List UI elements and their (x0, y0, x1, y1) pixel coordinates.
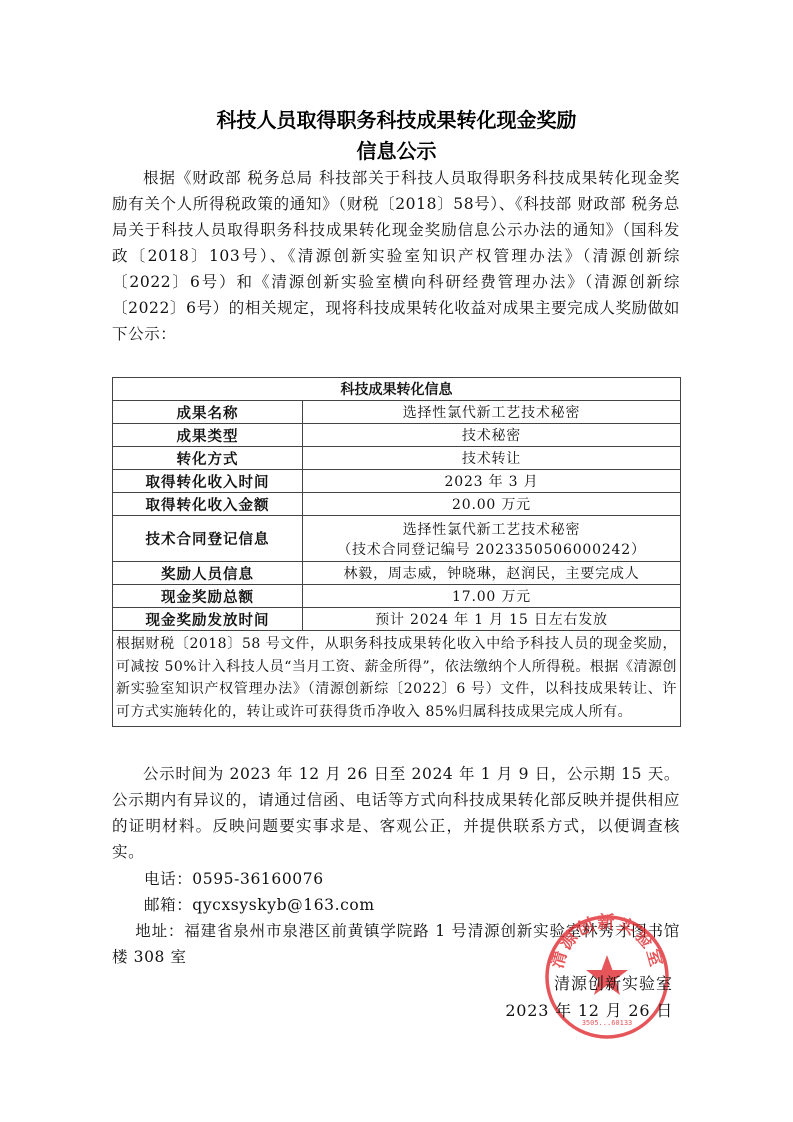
row-label: 奖励人员信息 (113, 562, 303, 585)
table-note: 根据财税〔2018〕58 号文件，从职务科技成果转化收入中给予科技人员的现金奖励… (113, 631, 681, 727)
signature-organization: 清源创新实验室 (554, 971, 673, 997)
row-value: 预计 2024 年 1 月 15 日左右发放 (303, 608, 681, 631)
table-header: 科技成果转化信息 (113, 378, 681, 401)
row-value: 技术秘密 (303, 424, 681, 447)
signature-date: 2023 年 12 月 26 日 (505, 998, 673, 1024)
row-label: 取得转化收入时间 (113, 470, 303, 493)
row-label: 技术合同登记信息 (113, 516, 303, 562)
row-label: 取得转化收入金额 (113, 493, 303, 516)
row-label: 成果类型 (113, 424, 303, 447)
contact-email: 邮箱：qycxsyskyb@163.com (144, 892, 375, 918)
contact-address: 地址：福建省泉州市泉港区前黄镇学院路 1 号清源创新实验室林秀才图书馆楼 308… (112, 918, 680, 970)
table-row: 现金奖励发放时间 预计 2024 年 1 月 15 日左右发放 (113, 608, 681, 631)
table-row: 现金奖励总额 17.00 万元 (113, 585, 681, 608)
row-label: 转化方式 (113, 447, 303, 470)
table-row: 技术合同登记信息 选择性氯代新工艺技术秘密 （技术合同登记编号 20233505… (113, 516, 681, 562)
row-value: 技术转让 (303, 447, 681, 470)
row-label: 成果名称 (113, 401, 303, 424)
document-subtitle: 信息公示 (0, 135, 793, 164)
table-row: 取得转化收入时间 2023 年 3 月 (113, 470, 681, 493)
row-label: 现金奖励发放时间 (113, 608, 303, 631)
table-row: 取得转化收入金额 20.00 万元 (113, 493, 681, 516)
table-row: 奖励人员信息 林毅，周志威，钟晓琳，赵润民，主要完成人 (113, 562, 681, 585)
contract-name: 选择性氯代新工艺技术秘密 (303, 519, 680, 539)
contact-phone: 电话：0595-36160076 (144, 866, 324, 892)
contract-registration-number: （技术合同登记编号 2023350506000242） (303, 539, 680, 559)
row-value: 选择性氯代新工艺技术秘密 （技术合同登记编号 2023350506000242） (303, 516, 681, 562)
row-value: 选择性氯代新工艺技术秘密 (303, 401, 681, 424)
table-row: 成果类型 技术秘密 (113, 424, 681, 447)
document-page: 科技人员取得职务科技成果转化现金奖励 信息公示 根据《财政部 税务总局 科技部关… (0, 0, 793, 1122)
transfer-info-table: 科技成果转化信息 成果名称 选择性氯代新工艺技术秘密 成果类型 技术秘密 转化方… (112, 377, 681, 727)
intro-paragraph: 根据《财政部 税务总局 科技部关于科技人员取得职务科技成果转化现金奖励有关个人所… (112, 165, 680, 347)
table-row: 转化方式 技术转让 (113, 447, 681, 470)
document-title: 科技人员取得职务科技成果转化现金奖励 (0, 104, 793, 133)
row-value: 17.00 万元 (303, 585, 681, 608)
row-label: 现金奖励总额 (113, 585, 303, 608)
row-value: 林毅，周志威，钟晓琳，赵润民，主要完成人 (303, 562, 681, 585)
row-value: 2023 年 3 月 (303, 470, 681, 493)
row-value: 20.00 万元 (303, 493, 681, 516)
table-row: 成果名称 选择性氯代新工艺技术秘密 (113, 401, 681, 424)
notice-paragraph: 公示时间为 2023 年 12 月 26 日至 2024 年 1 月 9 日，公… (112, 761, 680, 865)
